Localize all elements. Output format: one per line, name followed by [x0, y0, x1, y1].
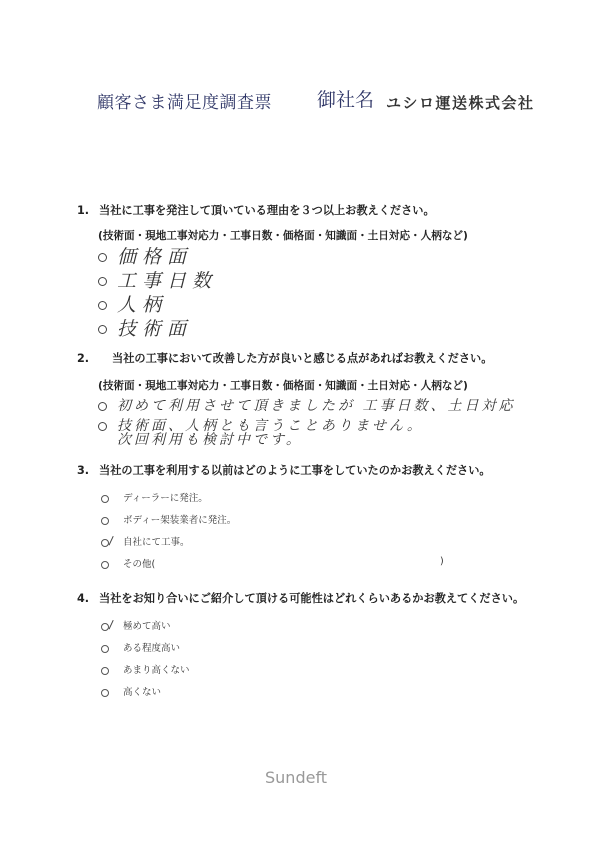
- radio-circle-icon[interactable]: [101, 561, 109, 569]
- survey-title: 顧客さま満足度調査票: [97, 88, 272, 113]
- question-number: 1.: [77, 204, 99, 217]
- circle-bullet-icon: [98, 402, 107, 411]
- q3-option-other[interactable]: その他(: [101, 556, 155, 570]
- checked-radio-icon[interactable]: [101, 539, 109, 547]
- radio-circle-icon[interactable]: [101, 495, 109, 503]
- circle-bullet-icon: [98, 301, 107, 310]
- radio-circle-icon[interactable]: [101, 667, 109, 675]
- question-3: 3.当社の工事を利用する以前はどのように工事をしていたのかお教えください。: [77, 462, 491, 478]
- question-number: 2.: [77, 352, 112, 365]
- circle-bullet-icon: [98, 253, 107, 262]
- question-text: 当社の工事を利用する以前はどのように工事をしていたのかお教えください。: [99, 464, 491, 477]
- company-name: ユシロ運送株式会社: [386, 92, 535, 113]
- question-2-hint: (技術面・現地工事対応力・工事日数・価格面・知識面・土日対応・人柄など): [98, 378, 468, 393]
- circle-bullet-icon: [98, 422, 107, 431]
- question-text: 当社をお知り合いにご紹介して頂ける可能性はどれくらいあるかお教えてください。: [99, 592, 524, 605]
- question-4: 4.当社をお知り合いにご紹介して頂ける可能性はどれくらいあるかお教えてください。: [77, 590, 524, 606]
- answer-line: 初めて利用させて頂きましたが 工事日数、土日対応: [98, 396, 515, 416]
- q4-option-somewhat-high[interactable]: ある程度高い: [101, 640, 180, 654]
- radio-circle-icon[interactable]: [101, 517, 109, 525]
- answer-line: 価格面: [98, 245, 217, 269]
- checked-radio-icon[interactable]: [101, 623, 109, 631]
- radio-circle-icon[interactable]: [101, 645, 109, 653]
- question-number: 3.: [77, 464, 99, 477]
- q3-option-dealer[interactable]: ディーラーに発注。: [101, 490, 208, 504]
- q3-option-body-builder[interactable]: ボディー架装業者に発注。: [101, 512, 236, 526]
- question-1: 1.当社に工事を発注して頂いている理由を３つ以上お教えください。: [77, 202, 435, 218]
- radio-circle-icon[interactable]: [101, 689, 109, 697]
- q3-option-in-house[interactable]: 自社にて工事。: [101, 534, 190, 548]
- footer-watermark: Sundeft: [265, 768, 327, 787]
- answer-line: 人柄: [98, 293, 217, 317]
- question-1-hint: (技術面・現地工事対応力・工事日数・価格面・知識面・土日対応・人柄など): [98, 228, 468, 243]
- answer-line: 技術面: [98, 317, 217, 341]
- answer-line: 工事日数: [98, 269, 217, 293]
- question-2-answers: 初めて利用させて頂きましたが 工事日数、土日対応 技術面、人柄とも言うことありま…: [98, 396, 515, 450]
- q4-option-very-high[interactable]: 極めて高い: [101, 618, 171, 632]
- company-label: 御社名: [317, 85, 374, 112]
- question-1-answers: 価格面 工事日数 人柄 技術面: [98, 245, 217, 341]
- circle-bullet-icon: [98, 325, 107, 334]
- circle-bullet-icon: [98, 277, 107, 286]
- q3-other-close-paren: ): [440, 556, 444, 567]
- question-text: 当社の工事において改善した方が良いと感じる点があればお教えください。: [112, 352, 492, 365]
- question-text: 当社に工事を発注して頂いている理由を３つ以上お教えください。: [99, 204, 435, 217]
- question-2: 2.当社の工事において改善した方が良いと感じる点があればお教えください。: [77, 350, 492, 366]
- question-number: 4.: [77, 592, 99, 605]
- q4-option-not-very-high[interactable]: あまり高くない: [101, 662, 190, 676]
- q4-option-not-high[interactable]: 高くない: [101, 684, 161, 698]
